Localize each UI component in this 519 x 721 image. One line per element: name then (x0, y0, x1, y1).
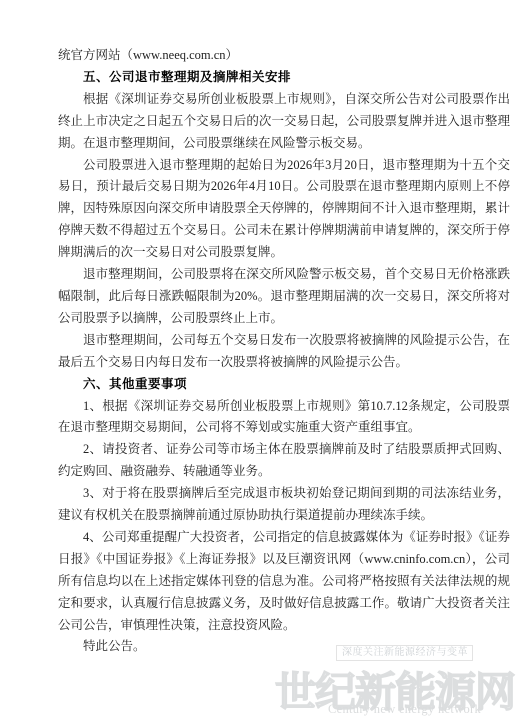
body-paragraph: 退市整理期间，公司每五个交易日发布一次股票将被摘牌的风险提示公告，在最后五个交易… (58, 330, 510, 374)
watermark-subtitle: Century new energy network (328, 702, 481, 717)
announcement-body: 统官方网站（www.neeq.com.cn）五、公司退市整理期及摘牌相关安排根据… (58, 45, 510, 658)
page: 统官方网站（www.neeq.com.cn）五、公司退市整理期及摘牌相关安排根据… (0, 0, 519, 721)
body-paragraph: 3、对于将在股票摘牌后至完成退市板块初始登记期间到期的司法冻结业务，建议有权机关… (58, 483, 510, 527)
body-paragraph: 公司股票进入退市整理期的起始日为2026年3月20日，退市整理期为十五个交易日，… (58, 155, 510, 265)
continuation-line: 统官方网站（www.neeq.com.cn） (58, 45, 510, 67)
section-heading: 五、公司退市整理期及摘牌相关安排 (58, 67, 510, 89)
body-paragraph: 根据《深圳证券交易所创业板股票上市规则》，自深交所公告对公司股票作出终止上市决定… (58, 89, 510, 155)
body-paragraph: 退市整理期间，公司股票将在深交所风险警示板交易，首个交易日无价格涨跌幅限制，此后… (58, 264, 510, 330)
body-paragraph: 2、请投资者、证券公司等市场主体在股票摘牌前及时了结股票质押式回购、约定购回、融… (58, 439, 510, 483)
body-paragraph: 4、公司郑重提醒广大投资者，公司指定的信息披露媒体为《证券时报》《证券日报》《中… (58, 527, 510, 637)
body-paragraph: 1、根据《深圳证券交易所创业板股票上市规则》第10.7.12条规定，公司股票在退… (58, 396, 510, 440)
section-heading: 六、其他重要事项 (58, 374, 510, 396)
